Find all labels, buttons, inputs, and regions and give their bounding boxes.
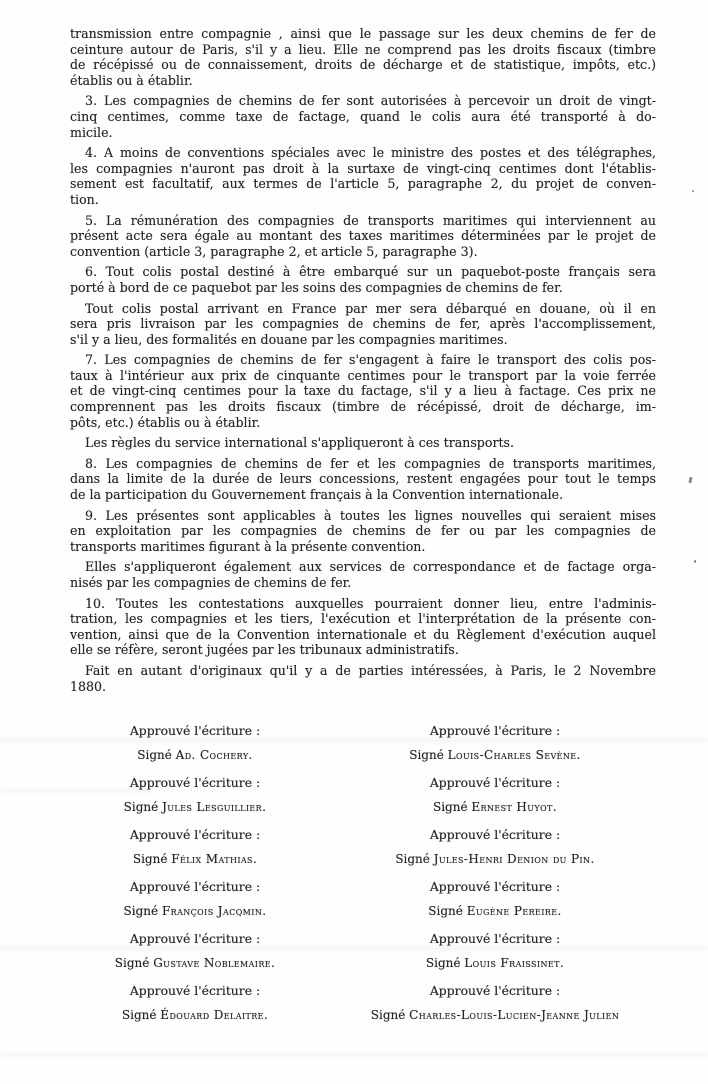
- signatory-name: Eugène Pereire.: [467, 904, 562, 918]
- text-line: dans la limite de la durée de leurs conc…: [70, 471, 656, 487]
- signature-entry: Approuvé l'écriture :Signé Eugène Pereir…: [345, 880, 645, 918]
- text-line: vention, ainsi que de la Convention inte…: [70, 627, 656, 643]
- paragraph: 7. Les compagnies de chemins de fer s'en…: [70, 352, 656, 430]
- approval-label: Approuvé l'écriture :: [345, 932, 645, 946]
- text-line: pôts, etc.) établis ou à établir.: [70, 415, 656, 431]
- signatory-name: Jules-Henri Denion du Pin.: [434, 852, 595, 866]
- text-line: elle se réfère, seront jugées par les tr…: [70, 642, 656, 658]
- scan-streak: [0, 1052, 708, 1057]
- signatory-name: Édouard Delaitre.: [160, 1008, 268, 1022]
- signature-line: Signé Louis-Charles Sevène.: [345, 748, 645, 762]
- signatory-name: Félix Mathias.: [171, 852, 257, 866]
- signature-line: Signé Jules Lesguillier.: [45, 800, 345, 814]
- scan-streak: [0, 738, 708, 743]
- text-line: sement est facultatif, aux termes de l'a…: [70, 176, 656, 192]
- paragraph: 6. Tout colis postal destiné à être emba…: [70, 264, 656, 295]
- signature-line: Signé Félix Mathias.: [45, 852, 345, 866]
- signed-prefix: Signé: [371, 1008, 409, 1022]
- paragraph: 8. Les compagnies de chemins de fer et l…: [70, 456, 656, 503]
- signature-line: Signé Ernest Huyot.: [345, 800, 645, 814]
- signatory-name: Gustave Noblemaire.: [153, 956, 275, 970]
- signature-line: Signé Gustave Noblemaire.: [45, 956, 345, 970]
- approval-label: Approuvé l'écriture :: [45, 880, 345, 894]
- signature-line: Signé Ad. Cochery.: [45, 748, 345, 762]
- signature-entry: Approuvé l'écriture :Signé Ad. Cochery.: [45, 724, 345, 762]
- signed-prefix: Signé: [428, 904, 466, 918]
- signature-block: Approuvé l'écriture :Signé Ad. Cochery.A…: [45, 724, 645, 1036]
- signed-prefix: Signé: [409, 748, 447, 762]
- approval-label: Approuvé l'écriture :: [45, 724, 345, 738]
- text-line: micile.: [70, 125, 656, 141]
- text-line: Les règles du service international s'ap…: [70, 435, 656, 451]
- signed-prefix: Signé: [433, 800, 471, 814]
- text-line: Tout colis postal arrivant en France par…: [70, 301, 656, 317]
- approval-label: Approuvé l'écriture :: [345, 724, 645, 738]
- text-line: convention (article 3, paragraphe 2, et …: [70, 244, 656, 260]
- scan-streak: [0, 788, 150, 793]
- text-line: taux à l'intérieur aux prix de cinquante…: [70, 368, 656, 384]
- signature-entry: Approuvé l'écriture :Signé Louis Fraissi…: [345, 932, 645, 970]
- signature-entry: Approuvé l'écriture :Signé Louis-Charles…: [345, 724, 645, 762]
- text-line: 5. La rémunération des compagnies de tra…: [70, 213, 656, 229]
- signed-prefix: Signé: [122, 1008, 160, 1022]
- text-line: 4. A moins de conventions spéciales avec…: [70, 145, 656, 161]
- signatory-name: François Jacqmin.: [162, 904, 267, 918]
- paragraph: transmission entre compagnie , ainsi que…: [70, 26, 656, 88]
- text-line: ceinture autour de Paris, s'il y a lieu.…: [70, 42, 656, 58]
- scanned-document-page: transmission entre compagnie , ainsi que…: [0, 0, 708, 1084]
- text-line: nisés par les compagnies de chemins de f…: [70, 575, 656, 591]
- scan-speck: [688, 477, 692, 483]
- paragraph: Les règles du service international s'ap…: [70, 435, 656, 451]
- signature-entry: Approuvé l'écriture :Signé Félix Mathias…: [45, 828, 345, 866]
- text-line: sera pris livraison par les compagnies d…: [70, 316, 656, 332]
- approval-label: Approuvé l'écriture :: [345, 776, 645, 790]
- text-line: transmission entre compagnie , ainsi que…: [70, 26, 656, 42]
- text-line: 8. Les compagnies de chemins de fer et l…: [70, 456, 656, 472]
- convention-text: transmission entre compagnie , ainsi que…: [70, 26, 656, 699]
- text-line: et de vingt-cinq centimes pour la taxe d…: [70, 383, 656, 399]
- text-line: 1880.: [70, 679, 656, 695]
- signature-entry: Approuvé l'écriture :Signé Ernest Huyot.: [345, 776, 645, 814]
- paragraph: 4. A moins de conventions spéciales avec…: [70, 145, 656, 207]
- paragraph: 9. Les présentes sont applicables à tout…: [70, 508, 656, 555]
- signature-entry: Approuvé l'écriture :Signé François Jacq…: [45, 880, 345, 918]
- signed-prefix: Signé: [124, 800, 162, 814]
- signatory-name: Louis Fraissinet.: [464, 956, 564, 970]
- signatory-name: Ernest Huyot.: [471, 800, 557, 814]
- signature-entry: Approuvé l'écriture :Signé Jules-Henri D…: [345, 828, 645, 866]
- signature-entry: Approuvé l'écriture :Signé Charles-Louis…: [345, 984, 645, 1022]
- text-line: de récépissé ou de connaissement, droits…: [70, 57, 656, 73]
- text-line: 7. Les compagnies de chemins de fer s'en…: [70, 352, 656, 368]
- paragraph: Elles s'appliqueront également aux servi…: [70, 559, 656, 590]
- scan-streak: [0, 946, 708, 951]
- signatory-name: Jules Lesguillier.: [162, 800, 266, 814]
- text-line: tion.: [70, 192, 656, 208]
- text-line: établis ou à établir.: [70, 73, 656, 89]
- text-line: tration, les compagnies et les tiers, l'…: [70, 611, 656, 627]
- approval-label: Approuvé l'écriture :: [345, 880, 645, 894]
- text-line: présent acte sera égale au montant des t…: [70, 228, 656, 244]
- signature-line: Signé Charles-Louis-Lucien-Jeanne Julien: [345, 1008, 645, 1022]
- text-line: cinq centimes, comme taxe de factage, qu…: [70, 109, 656, 125]
- text-line: de la participation du Gouvernement fran…: [70, 487, 656, 503]
- signatory-name: Charles-Louis-Lucien-Jeanne Julien: [409, 1008, 619, 1022]
- paragraph: Tout colis postal arrivant en France par…: [70, 301, 656, 348]
- signature-entry: Approuvé l'écriture :Signé Gustave Noble…: [45, 932, 345, 970]
- signed-prefix: Signé: [137, 748, 175, 762]
- signature-line: Signé François Jacqmin.: [45, 904, 345, 918]
- text-line: transports maritimes figurant à la prése…: [70, 539, 656, 555]
- signature-line: Signé Jules-Henri Denion du Pin.: [345, 852, 645, 866]
- scan-speck: [692, 190, 694, 192]
- text-line: s'il y a lieu, des formalités en douane …: [70, 332, 656, 348]
- signed-prefix: Signé: [124, 904, 162, 918]
- signed-prefix: Signé: [133, 852, 171, 866]
- text-line: en exploitation par les compagnies de ch…: [70, 523, 656, 539]
- paragraph: 10. Toutes les contestations auxquelles …: [70, 596, 656, 658]
- signature-entry: Approuvé l'écriture :Signé Édouard Delai…: [45, 984, 345, 1022]
- approval-label: Approuvé l'écriture :: [345, 828, 645, 842]
- signature-line: Signé Édouard Delaitre.: [45, 1008, 345, 1022]
- signature-line: Signé Eugène Pereire.: [345, 904, 645, 918]
- signature-entry: Approuvé l'écriture :Signé Jules Lesguil…: [45, 776, 345, 814]
- signed-prefix: Signé: [426, 956, 464, 970]
- text-line: 3. Les compagnies de chemins de fer sont…: [70, 93, 656, 109]
- approval-label: Approuvé l'écriture :: [45, 932, 345, 946]
- text-line: Elles s'appliqueront également aux servi…: [70, 559, 656, 575]
- signed-prefix: Signé: [115, 956, 153, 970]
- paragraph: Fait en autant d'originaux qu'il y a de …: [70, 663, 656, 694]
- approval-label: Approuvé l'écriture :: [45, 984, 345, 998]
- text-line: porté à bord de ce paquebot par les soin…: [70, 280, 656, 296]
- text-line: Fait en autant d'originaux qu'il y a de …: [70, 663, 656, 679]
- text-line: 10. Toutes les contestations auxquelles …: [70, 596, 656, 612]
- text-line: comprennent pas les droits fiscaux (timb…: [70, 399, 656, 415]
- text-line: 6. Tout colis postal destiné à être emba…: [70, 264, 656, 280]
- paragraph: 5. La rémunération des compagnies de tra…: [70, 213, 656, 260]
- signature-column-right: Approuvé l'écriture :Signé Louis-Charles…: [345, 724, 645, 1036]
- signatory-name: Ad. Cochery.: [176, 748, 253, 762]
- signature-column-left: Approuvé l'écriture :Signé Ad. Cochery.A…: [45, 724, 345, 1036]
- paragraph: 3. Les compagnies de chemins de fer sont…: [70, 93, 656, 140]
- approval-label: Approuvé l'écriture :: [45, 828, 345, 842]
- signatory-name: Louis-Charles Sevène.: [448, 748, 581, 762]
- scan-speck: [694, 560, 696, 563]
- signed-prefix: Signé: [395, 852, 433, 866]
- text-line: 9. Les présentes sont applicables à tout…: [70, 508, 656, 524]
- approval-label: Approuvé l'écriture :: [345, 984, 645, 998]
- signature-line: Signé Louis Fraissinet.: [345, 956, 645, 970]
- text-line: les compagnies n'auront pas droit à la s…: [70, 161, 656, 177]
